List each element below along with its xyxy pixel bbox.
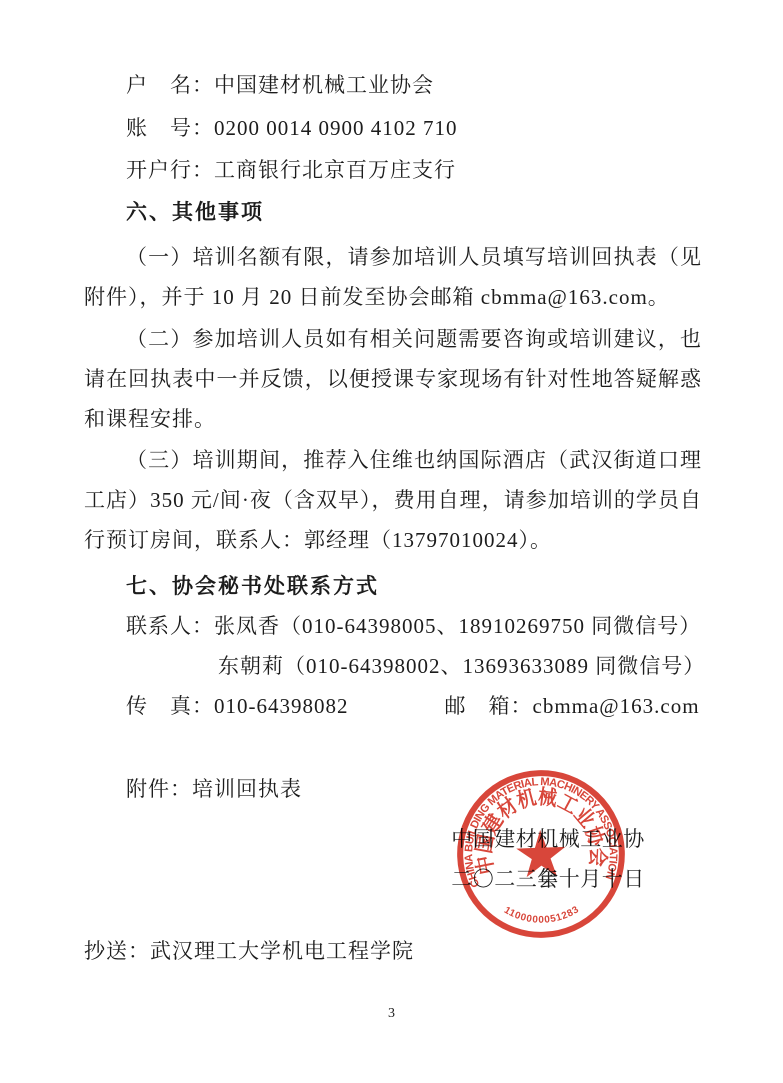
email-label: 邮 箱： bbox=[445, 694, 533, 718]
page-number: 3 bbox=[0, 1006, 783, 1022]
section-six-heading: 六、其他事项 bbox=[84, 192, 702, 232]
section-six-item2: （二）参加培训人员如有相关问题需要咨询或培训建议，也请在回执表中一并反馈，以便授… bbox=[84, 319, 702, 439]
fax-email-line: 传 真：010-64398082邮 箱：cbmma@163.com bbox=[84, 686, 702, 726]
bank-account-label: 账 号： bbox=[126, 116, 214, 140]
bank-account-line: 账 号：0200 0014 0900 4102 710 bbox=[84, 108, 702, 148]
bank-branch-value: 工商银行北京百万庄支行 bbox=[214, 158, 456, 182]
bank-holder-line: 户 名：中国建材机械工业协会 bbox=[84, 65, 702, 105]
cc-line: 抄送：武汉理工大学机电工程学院 bbox=[84, 931, 702, 971]
signature-date: 二〇二三年十月十日 bbox=[441, 859, 655, 899]
email-value: cbmma@163.com bbox=[533, 694, 700, 718]
bank-holder-label: 户 名： bbox=[126, 73, 214, 97]
attachment-line: 附件：培训回执表 bbox=[84, 769, 702, 809]
fax-value: 010-64398082 bbox=[214, 694, 349, 718]
section-six-item1: （一）培训名额有限，请参加培训人员填写培训回执表（见附件），并于 10 月 20… bbox=[84, 237, 702, 317]
bank-account-value: 0200 0014 0900 4102 710 bbox=[214, 116, 458, 140]
contact-line-2: 东朝莉（010-64398002、13693633089 同微信号） bbox=[84, 646, 702, 686]
svg-text:1100000051283: 1100000051283 bbox=[502, 902, 582, 927]
bank-branch-line: 开户行：工商银行北京百万庄支行 bbox=[84, 150, 702, 190]
seal-serial-number: 1100000051283 bbox=[502, 902, 582, 927]
bank-branch-label: 开户行： bbox=[126, 158, 214, 182]
fax-label: 传 真： bbox=[126, 694, 214, 718]
section-six-item3: （三）培训期间，推荐入住维也纳国际酒店（武汉街道口理工店）350 元/间·夜（含… bbox=[84, 440, 702, 560]
section-seven-heading: 七、协会秘书处联系方式 bbox=[84, 566, 702, 606]
contact-line-1: 联系人：张凤香（010-64398005、18910269750 同微信号） bbox=[84, 606, 702, 646]
bank-holder-value: 中国建材机械工业协会 bbox=[214, 73, 434, 97]
document-page: 户 名：中国建材机械工业协会 账 号：0200 0014 0900 4102 7… bbox=[0, 0, 783, 1083]
